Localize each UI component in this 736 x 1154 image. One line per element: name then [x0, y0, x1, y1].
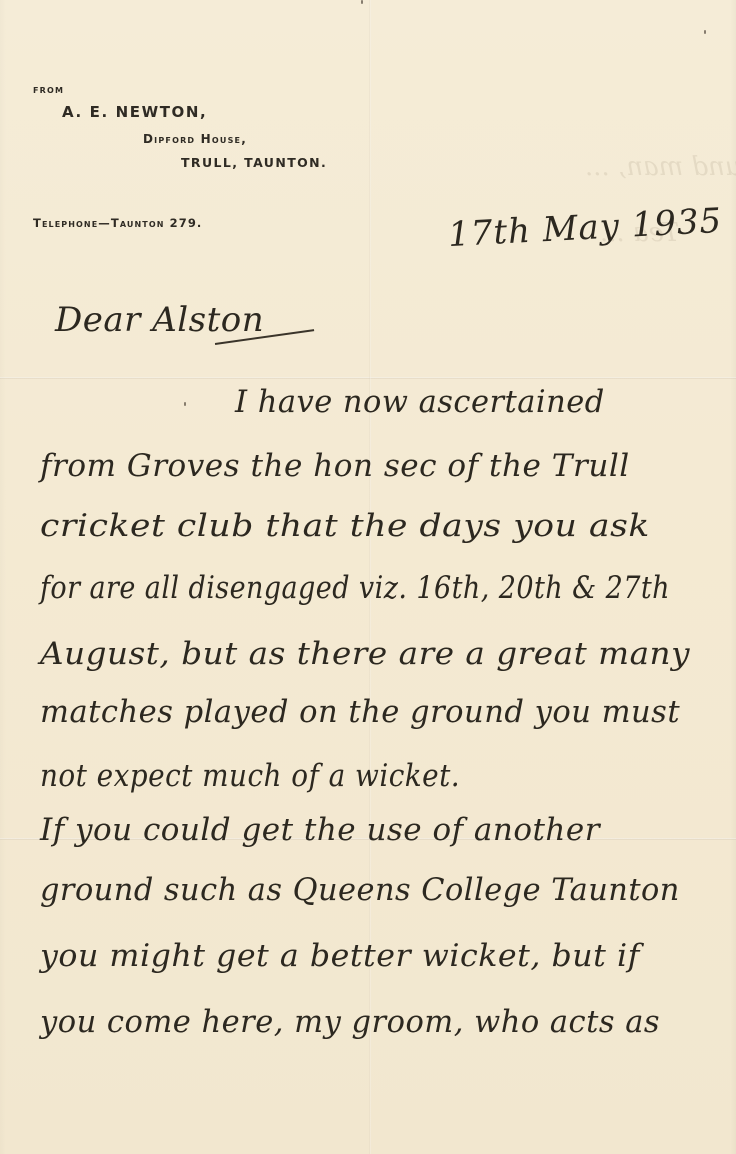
letterhead-town: TRULL, TAUNTON.	[181, 155, 327, 170]
body-line: cricket club that the days you ask	[40, 508, 650, 544]
letter-date: 17th May 1935	[447, 201, 723, 255]
body-line: from Groves the hon sec of the Trull	[40, 448, 630, 484]
body-line: August, but as there are a great many	[40, 636, 690, 672]
body-line: matches played on the ground you must	[40, 694, 680, 730]
letter-salutation: Dear Alston	[55, 300, 264, 340]
letterhead-house: Dipford House,	[143, 132, 247, 146]
body-line: for are all disengaged viz. 16th, 20th &…	[40, 570, 670, 606]
paper-speck	[704, 30, 706, 34]
body-line: If you could get the use of another	[40, 812, 600, 848]
body-line: you might get a better wicket, but if	[40, 938, 640, 974]
body-line: I have now ascertained	[235, 384, 605, 420]
fold-line-upper	[0, 377, 736, 379]
letterhead-sender-name: A. E. NEWTON,	[62, 103, 207, 121]
paper-speck	[361, 0, 363, 4]
paper-speck	[184, 402, 186, 406]
body-line: not expect much of a wicket.	[40, 758, 460, 794]
letterhead-from-label: FROM	[33, 86, 64, 95]
body-line: you come here, my groom, who acts as	[40, 1004, 660, 1040]
letterhead-telephone: Telephone—Taunton 279.	[33, 216, 202, 230]
body-line: ground such as Queens College Taunton	[40, 872, 680, 908]
bleed-through-text: Ground man, ...	[585, 152, 736, 182]
letter-page: Ground man, ... Tea ... FROM A. E. NEWTO…	[0, 0, 736, 1154]
